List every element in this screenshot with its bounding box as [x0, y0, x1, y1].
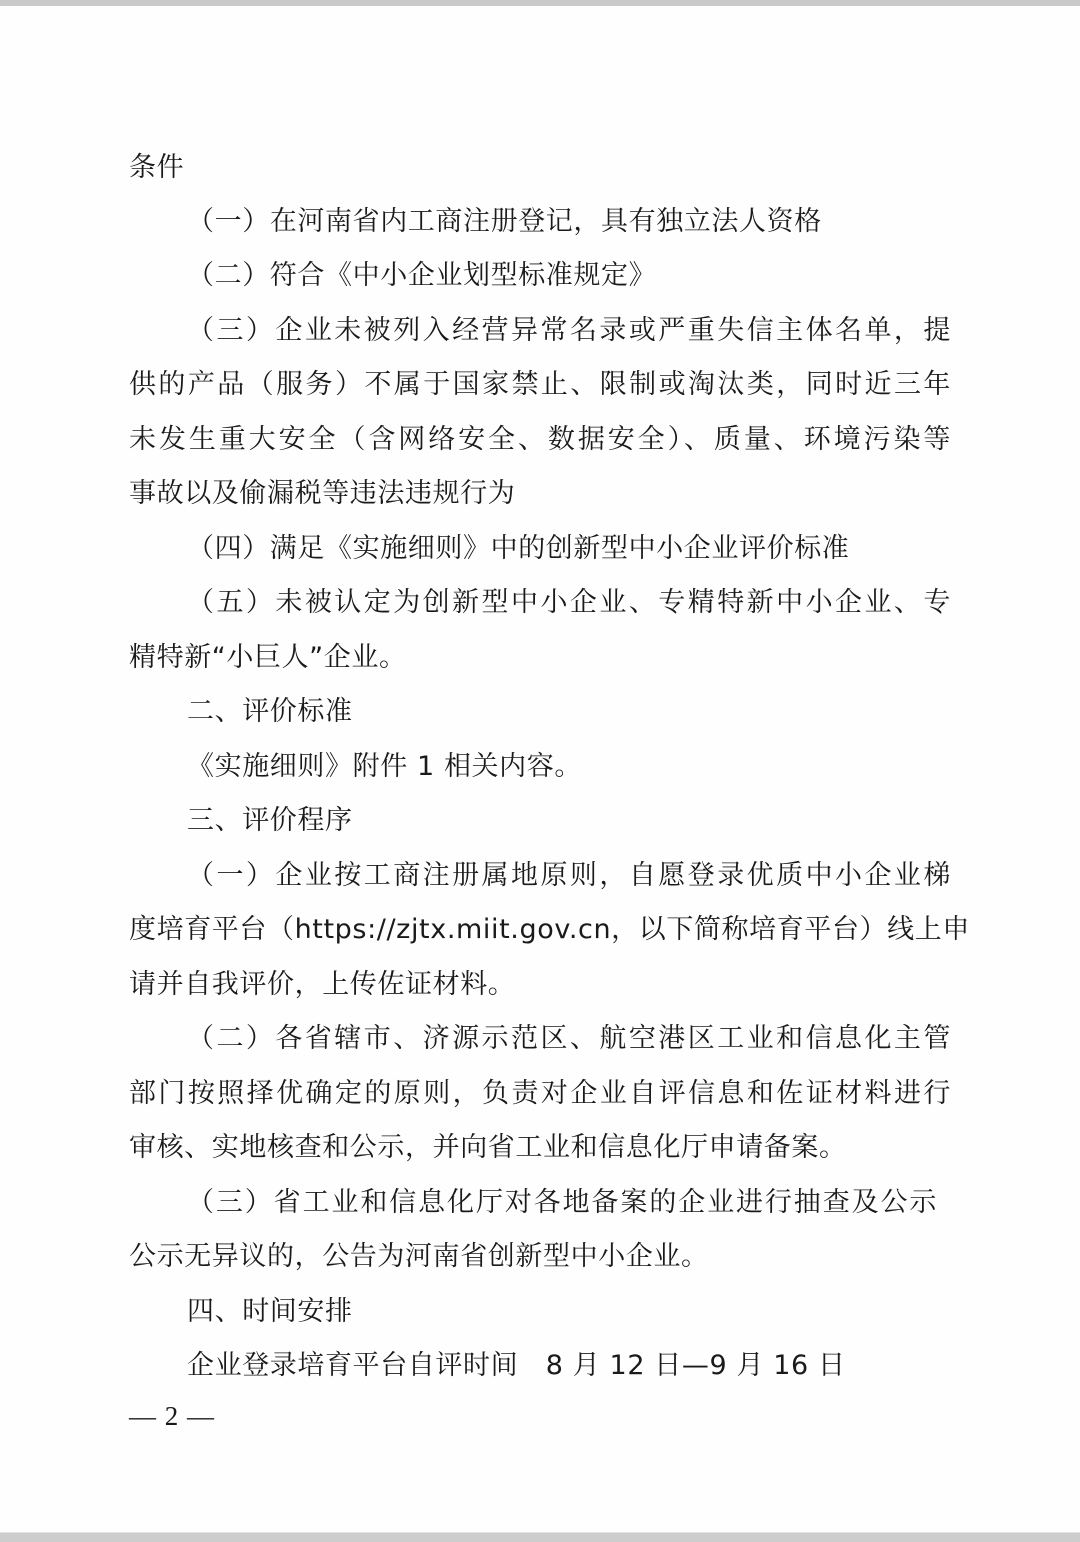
text-line-procedure-1a: （一）企业按工商注册属地原则，自愿登录优质中小企业梯 [187, 858, 951, 894]
text-line-condition-3b: 供的产品（服务）不属于国家禁止、限制或淘汰类，同时近三年 [129, 367, 951, 403]
text-line-procedure-2c: 审核、实地核查和公示，并向省工业和信息化厅申请备案。 [129, 1130, 951, 1166]
bottom-edge-band [0, 1532, 1080, 1542]
section-heading-evaluation-procedure: 三、评价程序 [187, 803, 1009, 839]
text-line-condition-1: （一）在河南省内工商注册登记，具有独立法人资格 [187, 204, 1009, 240]
text-line-schedule-self-evaluation: 企业登录培育平台自评时间 8 月 12 日—9 月 16 日 [187, 1348, 1009, 1384]
text-line-procedure-2b: 部门按照择优确定的原则，负责对企业自评信息和佐证材料进行 [129, 1076, 951, 1112]
text-line-procedure-1c: 请并自我评价，上传佐证材料。 [129, 967, 951, 1003]
text-line-condition-4: （四）满足《实施细则》中的创新型中小企业评价标准 [187, 531, 1009, 567]
text-line-procedure-2a: （二）各省辖市、济源示范区、航空港区工业和信息化主管 [187, 1021, 951, 1057]
text-line-evaluation-standard: 《实施细则》附件 1 相关内容。 [187, 749, 1009, 785]
document-page: 条件 （一）在河南省内工商注册登记，具有独立法人资格 （二）符合《中小企业划型标… [0, 6, 1080, 1532]
section-heading-schedule: 四、时间安排 [187, 1294, 1009, 1330]
text-line-condition-3d: 事故以及偷漏税等违法违规行为 [129, 476, 951, 512]
text-line-condition-2: （二）符合《中小企业划型标准规定》 [187, 258, 1009, 294]
text-line-condition-5b: 精特新“小巨人”企业。 [129, 640, 951, 676]
text-line-procedure-3b: 公示无异议的，公告为河南省创新型中小企业。 [129, 1239, 951, 1275]
section-heading-evaluation-standard: 二、评价标准 [187, 694, 1009, 730]
text-line-procedure-3a: （三）省工业和信息化厅对各地备案的企业进行抽查及公示 [187, 1185, 937, 1221]
text-line-procedure-1b: 度培育平台（https://zjtx.miit.gov.cn，以下简称培育平台）… [129, 912, 951, 948]
page-number: — 2 — [129, 1398, 215, 1434]
text-line-condition-3c: 未发生重大安全（含网络安全、数据安全）、质量、环境污染等 [129, 422, 951, 458]
text-line-conditions-heading: 条件 [129, 150, 951, 186]
text-line-condition-3a: （三）企业未被列入经营异常名录或严重失信主体名单，提 [187, 313, 951, 349]
text-line-condition-5a: （五）未被认定为创新型中小企业、专精特新中小企业、专 [187, 585, 951, 621]
